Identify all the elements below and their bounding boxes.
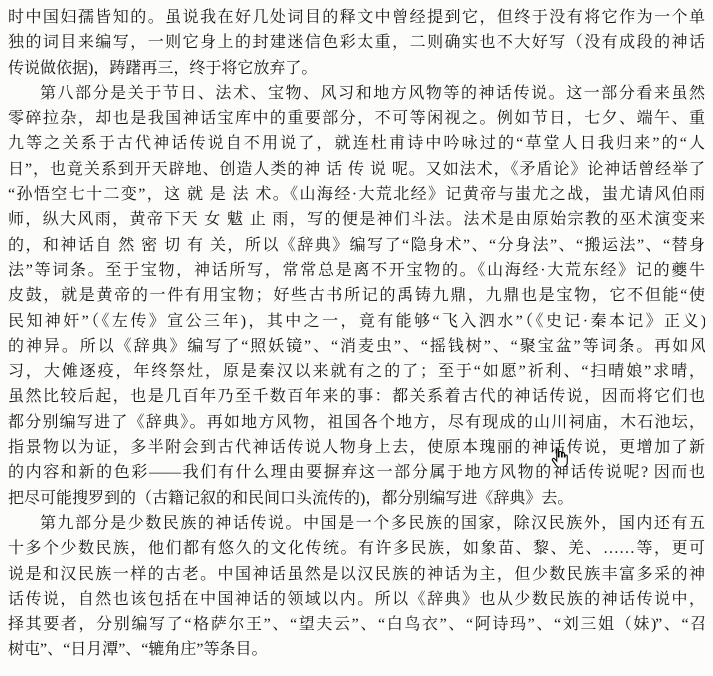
text-line: 师，纵大风雨，黄帝下天 女 魃 止 雨，写的便是神们斗法。法术是由原始宗教的巫术… (8, 207, 705, 232)
text-line: 传说做依据)，踌躇再三，终于将它放弃了。 (8, 56, 705, 81)
text-line: 零碎拉杂，却也是我国神话宝库中的重要部分，不可等闲视之。例如节日，七夕、端午、重 (8, 106, 705, 131)
text-line: 时中国妇孺皆知的。虽说我在好几处词目的释文中曾经提到它，但终于没有将它作为一个单 (8, 5, 705, 30)
text-line: 的内容和新的色彩——我们有什么理由要摒弃这一部分属于地方风物的神话传说呢? 因而… (8, 460, 705, 485)
text-line: 虽然比较后起，也是几百年乃至千数百年来的事：都关系着古代的神话传说，因而将它们也 (8, 384, 705, 409)
text-line: 把尽可能搜罗到的（古籍记叙的和民间口头流传的)，都分别编写进《辞典》去。 (8, 486, 705, 511)
scanned-document-page: 时中国妇孺皆知的。虽说我在好几处词目的释文中曾经提到它，但终于没有将它作为一个单… (0, 0, 713, 676)
text-line: 第八部分是关于节日、法术、宝物、风习和地方风物等的神话传说。这一部分看来虽然 (8, 81, 705, 106)
document-text: 时中国妇孺皆知的。虽说我在好几处词目的释文中曾经提到它，但终于没有将它作为一个单… (8, 5, 705, 663)
text-line: 树屯”、“日月潭”、“辘角庄”等条目。 (8, 637, 705, 662)
text-line: 九等之关系于古代神话传说自不用说了，就连杜甫诗中吟咏过的“草堂人日我归来”的“人 (8, 131, 705, 156)
text-line: 的，和神话自 然 密 切 有 关，所以《辞典》编写了“隐身术”、“分身法”、“搬… (8, 233, 705, 258)
text-line: 日”，也竟关系到开天辟地、创造人类的神 话 传 说 呢。又如法术，《矛盾论》论神… (8, 157, 705, 182)
text-line: 择其要者，分别编写了“格萨尔王”、“望夫云”、“白鸟衣”、“阿诗玛”、“刘三姐（… (8, 612, 705, 637)
text-line: 独的词目来编写，一则它身上的封建迷信色彩太重，二则确实也不大好写（没有成段的神话 (8, 30, 705, 55)
text-line: 的神异。所以《辞典》编写了“照妖镜”、“消麦虫”、“摇钱树”、“聚宝盆”等词条。… (8, 334, 705, 359)
text-line: 皮鼓，就是黄帝的一件有用宝物；好些古书所记的禹铸九鼎，九鼎也是宝物，它不但能“使 (8, 283, 705, 308)
text-line: 十多个少数民族，他们都有悠久的文化传统。有许多民族，如象苗、黎、羌、……等，更可 (8, 536, 705, 561)
text-line: 都分别编写进了《辞典》。再如地方风物，祖国各个地方，尽有现成的山川祠庙，木石池坛… (8, 410, 705, 435)
text-line: 第九部分是少数民族的神话传说。中国是一个多民族的国家，除汉民族外，国内还有五 (8, 511, 705, 536)
text-line: 说是和汉民族一样的古老。中国神话虽然是以汉民族的神话为主，但少数民族丰富多采的神 (8, 562, 705, 587)
text-line: 法”等词条。至于宝物，神话所写，常常总是离不开宝物的。《山海经·大荒东经》记的夔… (8, 258, 705, 283)
text-line: 指景物以为证，多半附会到古代神话传说人物身上去，使原本瑰丽的神话传说，更增加了新 (8, 435, 705, 460)
text-line: 民知神奸”（《左传》宣公三年)，其中之一，竟有能够“飞入泗水”（《史记·秦本记》… (8, 309, 705, 334)
text-line: 习，大傩逐疫，年终祭灶，原是秦汉以来就有之的了；至于“如愿”祈利、“扫晴娘”求晴… (8, 359, 705, 384)
text-line: “孙悟空七十二变”，这 就 是 法 术。《山海经·大荒北经》记黄帝与蚩尤之战，蚩… (8, 182, 705, 207)
text-line: 话传说，自然也该包括在中国神话的领域以内。所以《辞典》也从少数民族的神话传说中， (8, 587, 705, 612)
